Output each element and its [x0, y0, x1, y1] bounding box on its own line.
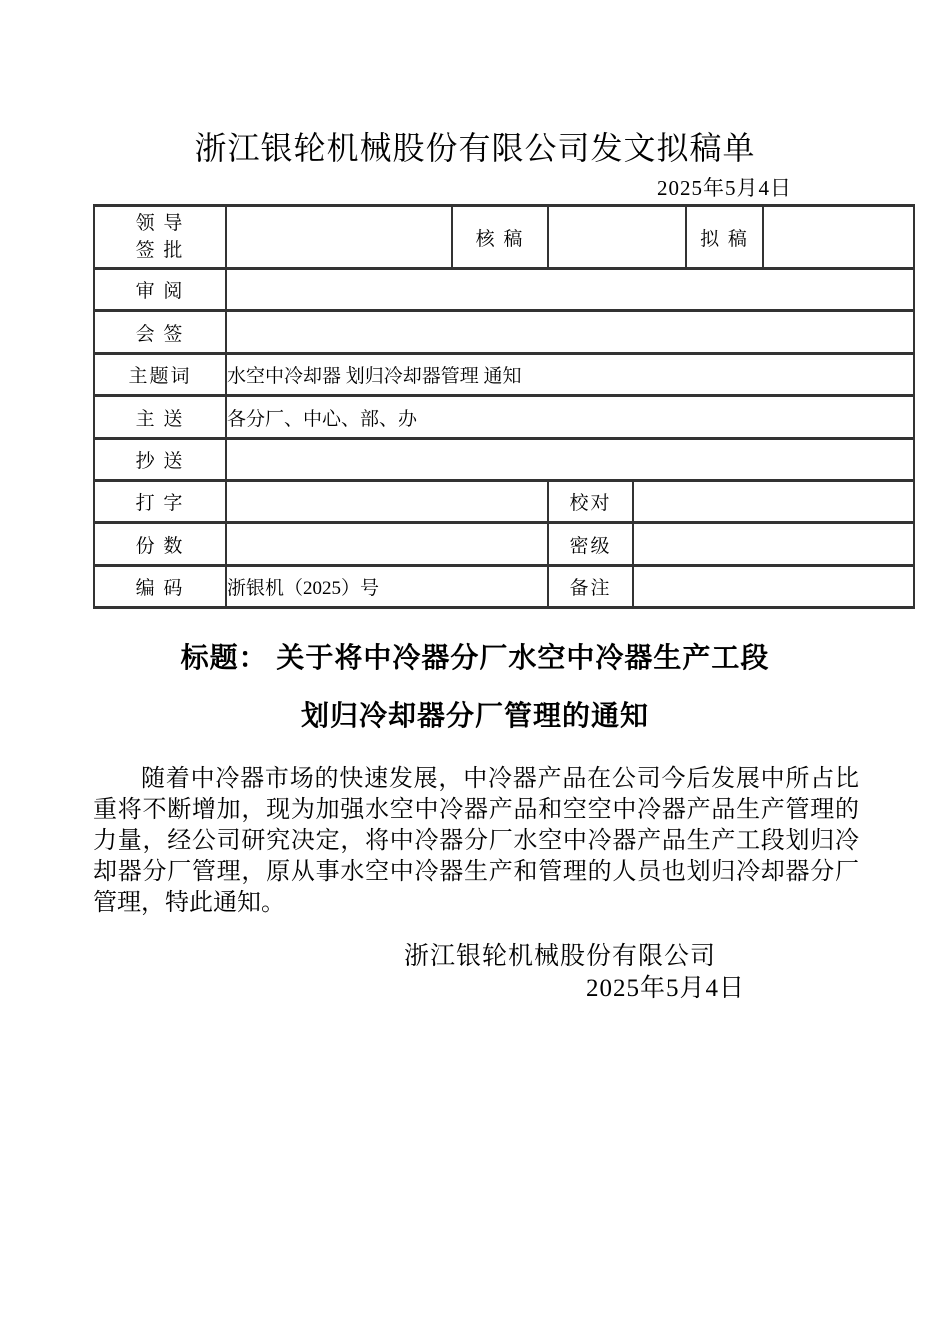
- bianma-cell[interactable]: 浙银机（2025）号: [226, 566, 548, 608]
- miji-label: 密级: [548, 523, 633, 566]
- hegao-cell[interactable]: [548, 206, 686, 269]
- zhutici-label: 主题词: [94, 354, 226, 396]
- zhusong-label: 主 送: [94, 396, 226, 439]
- hegao-label: 核 稿: [452, 206, 548, 269]
- draft-form-table: 领 导 签 批 核 稿 拟 稿 审 阅 会 签 主题词 水空中冷却器 划归冷却器…: [93, 204, 915, 609]
- leader-sign-label: 领 导 签 批: [94, 206, 226, 269]
- jiaodui-cell[interactable]: [633, 481, 914, 523]
- notice-title-line1: 标题： 关于将中冷器分厂水空中冷器生产工段: [0, 636, 950, 676]
- dazi-label: 打 字: [94, 481, 226, 523]
- page-title: 浙江银轮机械股份有限公司发文拟稿单: [0, 123, 950, 169]
- row-fenshu: 份 数 密级: [94, 523, 914, 566]
- leader-sign-cell[interactable]: [226, 206, 452, 269]
- shenyue-label: 审 阅: [94, 269, 226, 311]
- row-zhutici: 主题词 水空中冷却器 划归冷却器管理 通知: [94, 354, 914, 396]
- dazi-cell[interactable]: [226, 481, 548, 523]
- huiqian-cell[interactable]: [226, 311, 914, 354]
- signature-date: 2025年5月4日: [586, 968, 745, 1004]
- nigao-cell[interactable]: [763, 206, 914, 269]
- row-bianma: 编 码 浙银机（2025）号 备注: [94, 566, 914, 608]
- document-date: 2025年5月4日: [657, 172, 792, 202]
- row-zhusong: 主 送 各分厂、中心、部、办: [94, 396, 914, 439]
- row-shenyue: 审 阅: [94, 269, 914, 311]
- chaosong-cell[interactable]: [226, 439, 914, 481]
- jiaodui-label: 校对: [548, 481, 633, 523]
- beizhu-label: 备注: [548, 566, 633, 608]
- shenyue-cell[interactable]: [226, 269, 914, 311]
- miji-cell[interactable]: [633, 523, 914, 566]
- bianma-label: 编 码: [94, 566, 226, 608]
- chaosong-label: 抄 送: [94, 439, 226, 481]
- fenshu-label: 份 数: [94, 523, 226, 566]
- notice-title-line2: 划归冷却器分厂管理的通知: [0, 694, 950, 734]
- nigao-label: 拟 稿: [686, 206, 763, 269]
- signature-company: 浙江银轮机械股份有限公司: [404, 936, 716, 972]
- zhutici-cell[interactable]: 水空中冷却器 划归冷却器管理 通知: [226, 354, 914, 396]
- row-leader-sign: 领 导 签 批 核 稿 拟 稿: [94, 206, 914, 269]
- beizhu-cell[interactable]: [633, 566, 914, 608]
- fenshu-cell[interactable]: [226, 523, 548, 566]
- row-dazi: 打 字 校对: [94, 481, 914, 523]
- huiqian-label: 会 签: [94, 311, 226, 354]
- row-huiqian: 会 签: [94, 311, 914, 354]
- row-chaosong: 抄 送: [94, 439, 914, 481]
- notice-body: 随着中冷器市场的快速发展，中冷器产品在公司今后发展中所占比重将不断增加，现为加强…: [93, 764, 859, 919]
- document-page: 浙江银轮机械股份有限公司发文拟稿单 2025年5月4日 领 导 签 批 核 稿 …: [0, 0, 950, 1342]
- zhusong-cell[interactable]: 各分厂、中心、部、办: [226, 396, 914, 439]
